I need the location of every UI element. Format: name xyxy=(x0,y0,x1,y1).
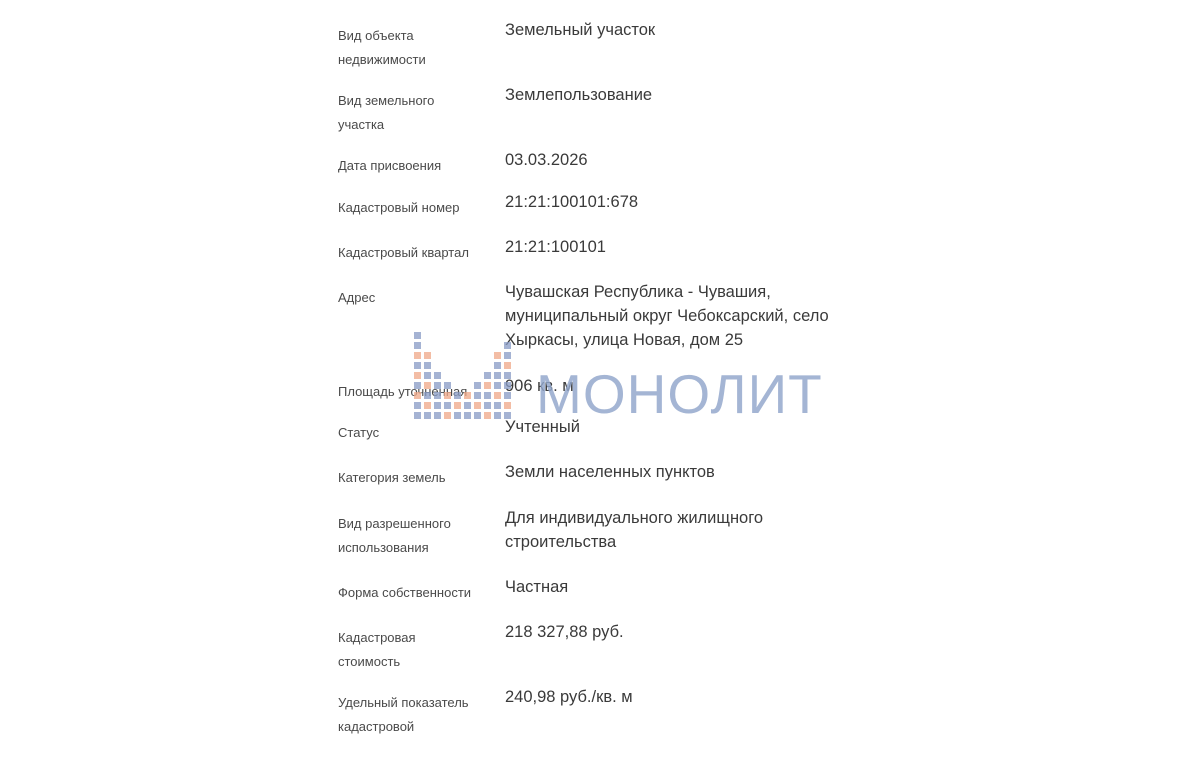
property-value: 21:21:100101 xyxy=(505,235,865,259)
property-label: Вид земельного участка xyxy=(338,89,458,137)
property-value: Земельный участок xyxy=(505,18,865,42)
property-label: Кадастровый номер xyxy=(338,196,498,220)
property-label: Категория земель xyxy=(338,466,498,490)
property-value: Для индивидуального жилищного строительс… xyxy=(505,506,815,554)
property-value: Землепользование xyxy=(505,83,865,107)
property-value: 906 кв. м xyxy=(505,374,865,398)
property-label: Дата присвоения xyxy=(338,154,498,178)
property-value: Частная xyxy=(505,575,865,599)
property-label: Вид разрешенного использования xyxy=(338,512,468,560)
property-value: 21:21:100101:678 xyxy=(505,190,865,214)
property-label: Кадастровый квартал xyxy=(338,241,498,265)
property-value: Учтенный xyxy=(505,415,865,439)
property-label: Кадастровая стоимость xyxy=(338,626,448,674)
property-label: Адрес xyxy=(338,286,498,310)
property-label: Вид объекта недвижимости xyxy=(338,24,498,72)
property-label: Удельный показатель кадастровой xyxy=(338,691,488,739)
property-value: Чувашская Республика - Чувашия, муниципа… xyxy=(505,280,840,352)
property-label: Площадь уточненная xyxy=(338,380,498,404)
property-value: 218 327,88 руб. xyxy=(505,620,865,644)
property-label: Форма собственности xyxy=(338,581,498,605)
property-value: 03.03.2026 xyxy=(505,148,865,172)
property-label: Статус xyxy=(338,421,498,445)
property-value: Земли населенных пунктов xyxy=(505,460,865,484)
property-value: 240,98 руб./кв. м xyxy=(505,685,865,709)
